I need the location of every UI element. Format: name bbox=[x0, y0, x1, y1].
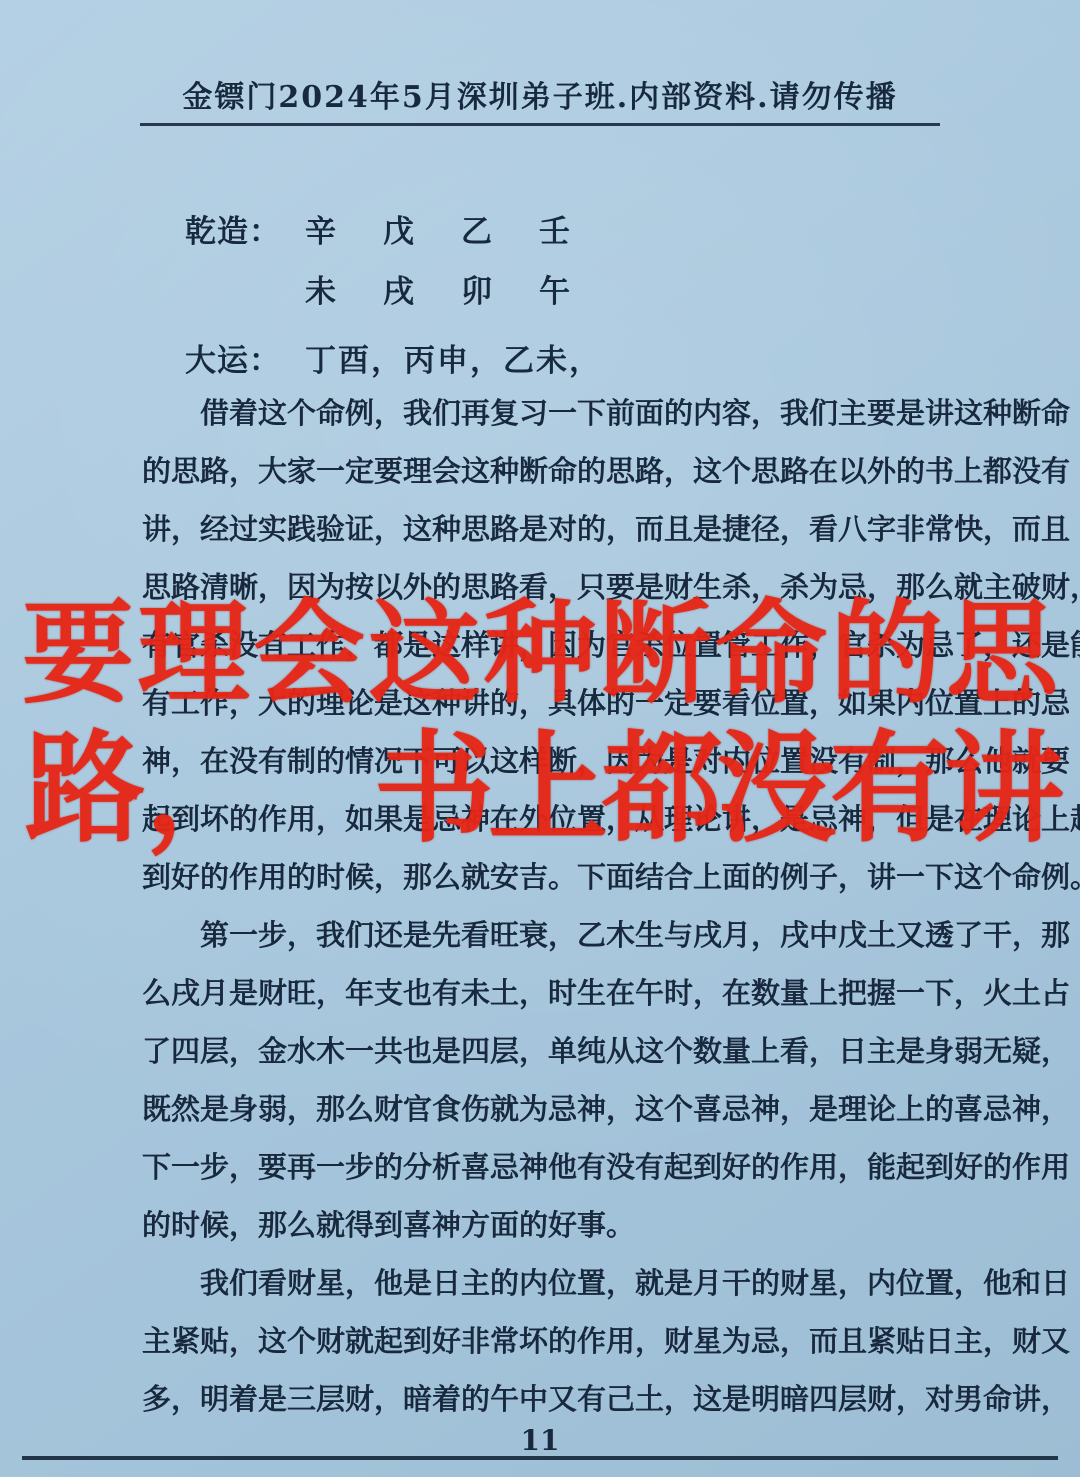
body-text: 借着这个命例，我们再复习一下前面的内容，我们主要是讲这种断命 的思路，大家一定要… bbox=[142, 384, 940, 1428]
header-title: 金镖门2024年5月深圳弟子班.内部资料.请勿传播 bbox=[0, 72, 1080, 116]
body-line: 借着这个命例，我们再复习一下前面的内容，我们主要是讲这种断命 bbox=[142, 384, 940, 442]
stem-month: 戊 bbox=[383, 206, 461, 251]
qianzao-label: 乾造： bbox=[185, 206, 305, 251]
bazi-stems-row: 乾造： 辛 戊 乙 壬 bbox=[142, 206, 617, 248]
body-line: 到好的作用的时候，那么就安吉。下面结合上面的例子，讲一下这个命例。 bbox=[142, 848, 940, 906]
bazi-chart: 乾造： 辛 戊 乙 壬 未 戌 卯 午 大运： 丁酉，丙申，乙未， bbox=[142, 206, 617, 377]
body-line: 下一步，要再一步的分析喜忌神他有没有起到好的作用，能起到好的作用 bbox=[142, 1138, 940, 1196]
body-line: 有官杀没有工作，都是这样讲，因为官杀位置管工作，官杀为忌了，还是能 bbox=[142, 616, 940, 674]
dayun-text: 丁酉，丙申，乙未， bbox=[305, 335, 602, 380]
body-line: 么戌月是财旺，年支也有未土，时生在午时，在数量上把握一下，火土占 bbox=[142, 964, 940, 1022]
body-line: 第一步，我们还是先看旺衰，乙木生与戌月，戌中戊土又透了干，那 bbox=[142, 906, 940, 964]
body-line: 起到坏的作用，如果是忌神在外位置，从理论讲，是忌神，但是在理论上起 bbox=[142, 790, 940, 848]
body-line: 的时候，那么就得到喜神方面的好事。 bbox=[142, 1196, 940, 1254]
branch-hour: 午 bbox=[539, 266, 617, 311]
header-divider bbox=[140, 123, 940, 126]
body-line: 了四层，金水木一共也是四层，单纯从这个数量上看，日主是身弱无疑， bbox=[142, 1022, 940, 1080]
stem-hour: 壬 bbox=[539, 206, 617, 251]
bazi-branches-row: 未 戌 卯 午 bbox=[142, 266, 617, 308]
body-line: 有工作，大的理论是这种讲的，具体的一定要看位置，如果内位置上的忌 bbox=[142, 674, 940, 732]
body-line: 神，在没有制的情况下可以这样断，因为是对内位置没有制，那么他就要 bbox=[142, 732, 940, 790]
branch-day: 卯 bbox=[461, 266, 539, 311]
stem-day: 乙 bbox=[461, 206, 539, 251]
branch-month: 戌 bbox=[383, 266, 461, 311]
stem-year: 辛 bbox=[305, 206, 383, 251]
body-line: 的思路，大家一定要理会这种断命的思路，这个思路在以外的书上都没有 bbox=[142, 442, 940, 500]
page-number: 11 bbox=[0, 1424, 1080, 1457]
dayun-row: 大运： 丁酉，丙申，乙未， bbox=[142, 335, 617, 377]
body-line: 讲，经过实践验证，这种思路是对的，而且是捷径，看八字非常快，而且 bbox=[142, 500, 940, 558]
body-line: 多，明着是三层财，暗着的午中又有己土，这是明暗四层财，对男命讲， bbox=[142, 1370, 940, 1428]
body-line: 思路清晰，因为按以外的思路看，只要是财生杀，杀为忌，那么就主破财， bbox=[142, 558, 940, 616]
body-line: 我们看财星，他是日主的内位置，就是月干的财星，内位置，他和日 bbox=[142, 1254, 940, 1312]
document-page: 金镖门2024年5月深圳弟子班.内部资料.请勿传播 乾造： 辛 戊 乙 壬 未 … bbox=[0, 0, 1080, 1477]
body-line: 既然是身弱，那么财官食伤就为忌神，这个喜忌神，是理论上的喜忌神， bbox=[142, 1080, 940, 1138]
footer-divider bbox=[22, 1456, 1058, 1460]
dayun-label: 大运： bbox=[185, 335, 305, 380]
body-line: 主紧贴，这个财就起到好非常坏的作用，财星为忌，而且紧贴日主，财又 bbox=[142, 1312, 940, 1370]
branch-year: 未 bbox=[305, 266, 383, 311]
